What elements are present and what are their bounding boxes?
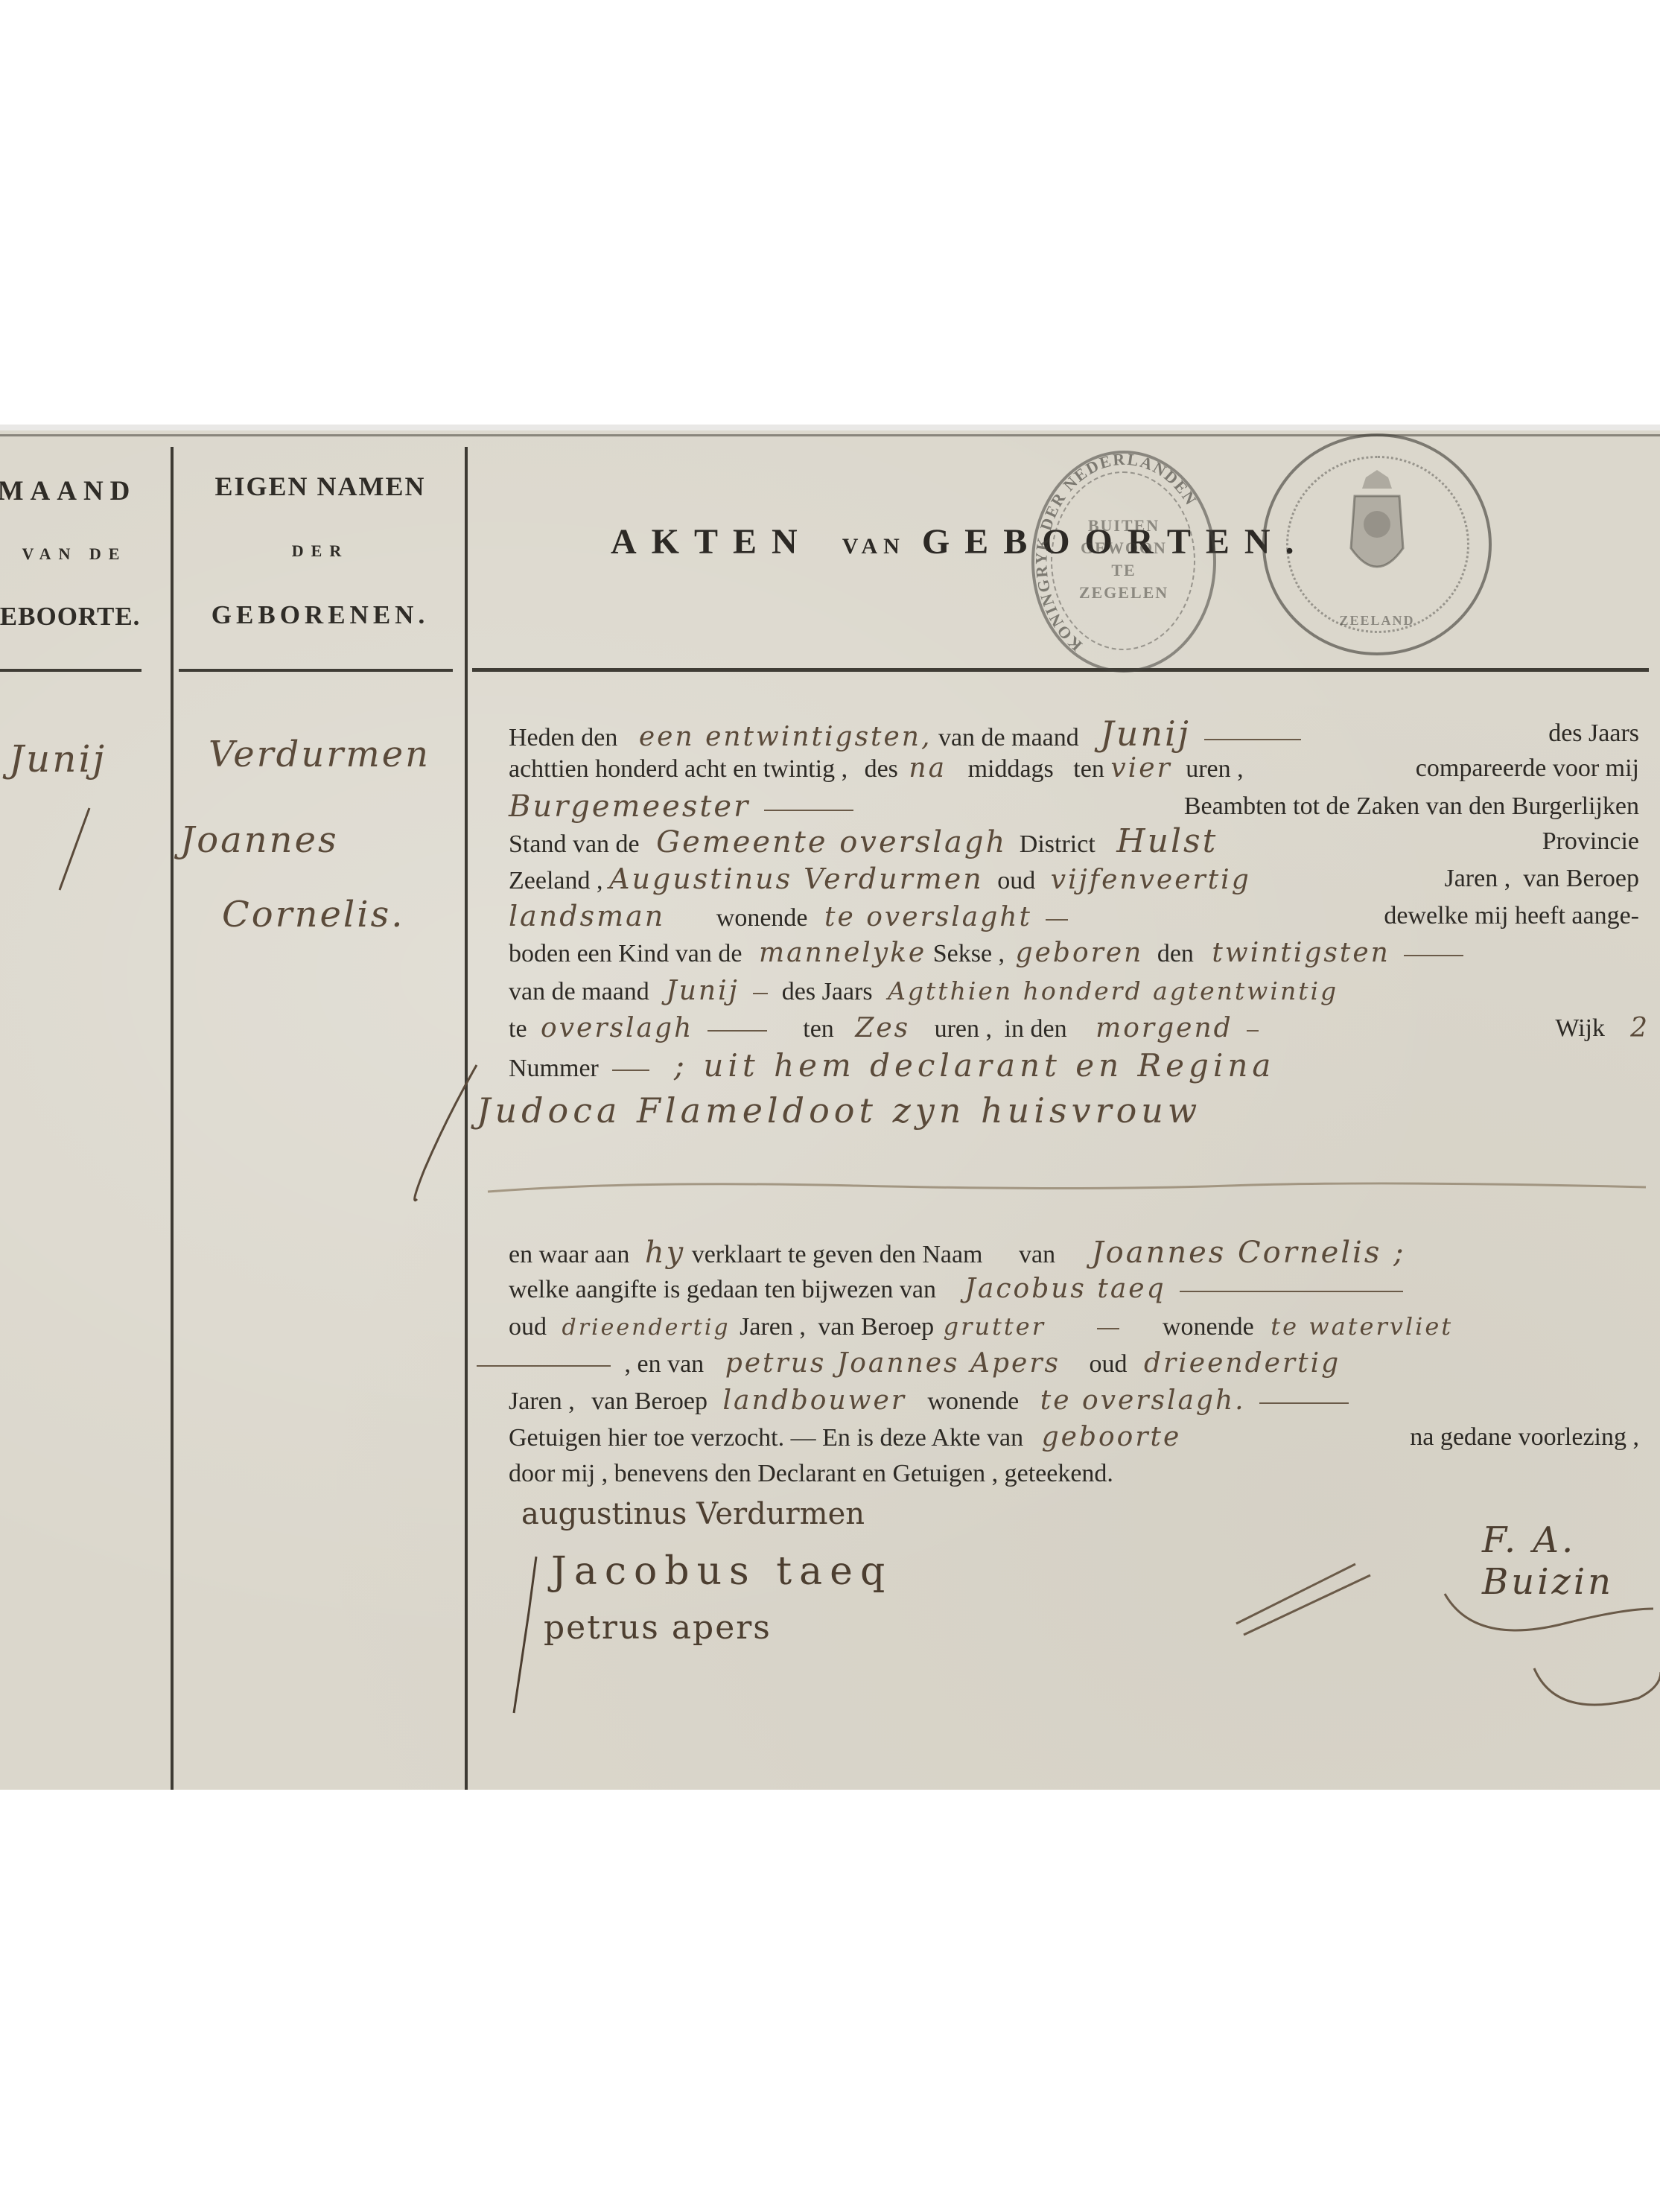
names-column-header: EIGEN NAMEN [179, 471, 462, 502]
text: oud [997, 867, 1035, 894]
handwritten-ward: 2 [1630, 1010, 1650, 1047]
parents-flourish [402, 1058, 492, 1225]
text: wonende [927, 1388, 1019, 1415]
text: Jaren , [509, 1388, 575, 1415]
text: des Jaars [1548, 715, 1639, 752]
text: te [509, 1015, 527, 1043]
text: van Beroep [818, 1313, 934, 1341]
stamp-line-2: GEWOON [1034, 537, 1213, 559]
handwritten-birth-day: twintigsten [1212, 938, 1390, 968]
text: ten [803, 1015, 834, 1043]
text: Beambten tot de Zaken van den Burgerlijk… [1184, 788, 1639, 825]
names-header-line1: EIGEN NAMEN [179, 471, 462, 502]
title-part-akten: AKTEN [611, 522, 812, 562]
body-line-4: Stand van de Gemeente overslagh District… [509, 823, 1650, 860]
body-line-14: oud drieendertig Jaren , van Beroep grut… [509, 1308, 1650, 1345]
fill-line [1097, 1328, 1119, 1329]
body-line-12: en waar aan hy verklaart te geven den Na… [509, 1234, 1650, 1271]
handwritten-witness-1-occupation: grutter [944, 1312, 1046, 1341]
text: District [1020, 830, 1095, 858]
handwritten-parents-line-2: Judoca Flameldoot zyn huisvrouw [477, 1090, 1201, 1131]
birth-month-entry: Junij [9, 737, 106, 781]
body-line-15: , en van petrus Joannes Apers oud drieen… [477, 1345, 1618, 1382]
body-line-13: welke aangifte is gedaan ten bijwezen va… [509, 1271, 1650, 1308]
body-line-5: Zeeland , Augustinus Verdurmen oud vijfe… [509, 860, 1650, 897]
handwritten-witness-1-residence: te watervliet [1271, 1312, 1453, 1341]
body-line-8: van de maand Junij des Jaars Agtthien ho… [509, 973, 1650, 1010]
handwritten-official-title: Burgemeester [509, 789, 750, 824]
fill-line [1259, 1402, 1349, 1404]
text: van [1019, 1241, 1055, 1268]
body-line-10: Nummer ; uit hem declarant en Regina [509, 1047, 1650, 1084]
handwritten-declarant-pronoun: hy [645, 1236, 685, 1270]
handwritten-hour: vier [1110, 753, 1171, 784]
names-header-line3: GEBORENEN. [179, 600, 462, 630]
text: Sekse , [933, 940, 1005, 967]
body-line-1: Heden den een entwintigsten, van de maan… [509, 715, 1650, 752]
text: van Beroep [591, 1388, 707, 1415]
month-column-header: MAAND [0, 475, 164, 507]
title-part-van: VAN [842, 534, 906, 559]
text: achttien honderd acht en twintig , [509, 755, 848, 783]
names-header-line2: DER [179, 541, 462, 561]
handwritten-witness-1-name: Jacobus taeq [964, 1274, 1166, 1304]
text: middags [968, 755, 1054, 783]
handwritten-declarant-occupation: landsman [509, 900, 665, 932]
column-divider-1 [171, 447, 174, 1790]
stamp-center-text: BUITEN GEWOON TE ZEGELEN [1034, 515, 1213, 604]
stamp-line-4: ZEGELEN [1034, 582, 1213, 604]
handwritten-born: geboren [1016, 938, 1144, 968]
text: boden een Kind van de [509, 940, 742, 967]
fill-line [1404, 955, 1463, 956]
month-header-line2-wrap: VAN DE [0, 544, 171, 564]
text-right-group: Jaren , van Beroep [1444, 860, 1639, 897]
text: wonende [1163, 1313, 1254, 1341]
header-rule-names [179, 669, 453, 672]
text: Zeeland , [509, 867, 603, 894]
body-line-9: te overslagh ten Zes uren , in den morge… [509, 1010, 1650, 1047]
text: den [1157, 940, 1194, 967]
body-line-6: landsman wonende te overslaght dewelke m… [509, 897, 1650, 935]
surname-entry: Verdurmen [209, 734, 430, 775]
fill-line [753, 993, 768, 994]
header-rule-month [0, 669, 141, 672]
text: compareerde voor mij [1416, 750, 1639, 787]
signature-witness-2: petrus apers [544, 1609, 772, 1647]
text: Jaren , [1444, 865, 1510, 892]
tax-stamp-kingdom: KONINGRYK DER NEDERLANDEN BUITEN GEWOON … [1031, 451, 1216, 673]
text: dewelke mij heeft aange- [1384, 897, 1639, 935]
fill-line [707, 1030, 767, 1032]
month-header-line2: VAN DE [0, 544, 171, 564]
fill-line [1204, 739, 1301, 740]
text: door mij , benevens den Declarant en Get… [509, 1460, 1113, 1487]
text: en waar aan [509, 1241, 629, 1268]
fill-stroke [484, 1177, 1653, 1203]
text: Getuigen hier toe verzocht. — En is deze… [509, 1424, 1023, 1452]
body-line-7: boden een Kind van de mannelyke Sekse , … [509, 935, 1650, 972]
text: uren , [1186, 755, 1243, 783]
handwritten-child-name: Joannes Cornelis ; [1092, 1236, 1406, 1270]
text: na gedane voorlezing , [1410, 1419, 1639, 1456]
fill-line [477, 1365, 611, 1367]
given-name-1-entry: Joannes [180, 819, 339, 861]
text: Jaren , [740, 1313, 806, 1341]
text: Nummer [509, 1055, 599, 1082]
signature-declarant: augustinus Verdurmen [521, 1497, 865, 1531]
handwritten-sex: mannelyke [759, 938, 926, 968]
handwritten-month: Junij [1100, 714, 1191, 754]
handwritten-witness-1-age: drieendertig [562, 1315, 731, 1341]
text: oud [509, 1313, 547, 1341]
seal-ring-text: ZEELAND [1265, 609, 1489, 632]
text: verklaart te geven den Naam [692, 1241, 983, 1268]
handwritten-witness-2-occupation: landbouwer [723, 1385, 906, 1416]
handwritten-birth-place: overslagh [541, 1013, 693, 1043]
text: des Jaars [782, 978, 873, 1005]
text: des [865, 755, 898, 783]
text: , en van [625, 1350, 705, 1378]
text: Provincie [1542, 823, 1639, 860]
text: oud [1090, 1350, 1128, 1378]
handwritten-witness-2-residence: te overslagh. [1040, 1385, 1246, 1416]
month-header-line1: MAAND [0, 475, 164, 507]
body-line-3: Burgemeester Beambten tot de Zaken van d… [509, 788, 1650, 825]
handwritten-birth-year: Agtthien honderd agtentwintig [888, 976, 1338, 1005]
body-line-16: Jaren , van Beroep landbouwer wonende te… [509, 1382, 1650, 1420]
official-signature-flourish [1221, 1512, 1660, 1739]
body-line-2: achttien honderd acht en twintig , des n… [509, 750, 1650, 787]
handwritten-witness-2-name: petrus Joannes Apers [725, 1348, 1060, 1379]
text: Heden den [509, 724, 617, 751]
names-header-line2-wrap: DER [179, 541, 462, 561]
handwritten-witness-2-age: drieendertig [1144, 1348, 1341, 1379]
handwritten-district: Hulst [1116, 822, 1218, 860]
month-header-line3: GEBOORTE. [0, 602, 171, 632]
handwritten-declarant-residence: te overslaght [824, 902, 1032, 932]
handwritten-birth-month: Junij [666, 976, 739, 1006]
fill-line [1180, 1291, 1403, 1292]
text: ten [1073, 755, 1104, 783]
fill-line [764, 810, 853, 811]
month-header-line3-wrap: GEBOORTE. [0, 602, 171, 632]
seal-stamp-zeeland: ZEELAND [1262, 433, 1492, 655]
text: van de maand [938, 724, 1079, 751]
handwritten-declarant-name: Augustinus Verdurmen [609, 862, 984, 895]
given-name-2-entry: Cornelis. [222, 894, 404, 935]
text: in den [1005, 1015, 1067, 1043]
text: wonende [716, 904, 808, 932]
handwritten-municipality: Gemeente overslagh [656, 825, 1007, 859]
signature-witness-1: Jacobus taeq [551, 1549, 892, 1594]
text: Wijk [1555, 1010, 1605, 1047]
handwritten-time-of-day: morgend [1095, 1013, 1233, 1043]
handwritten-act-type: geboorte [1042, 1422, 1182, 1452]
handwritten-ante-post: na [909, 753, 947, 784]
text: Stand van de [509, 830, 640, 858]
text: van de maand [509, 978, 649, 1005]
names-header-line3-wrap: GEBORENEN. [179, 600, 462, 630]
body-line-17: Getuigen hier toe verzocht. — En is deze… [509, 1419, 1650, 1456]
body-line-18: door mij , benevens den Declarant en Get… [509, 1455, 1650, 1493]
handwritten-declarant-age: vijfenveertig [1051, 865, 1251, 895]
text: van Beroep [1523, 865, 1639, 892]
month-flourish [52, 804, 97, 897]
handwritten-parents-line-1: ; uit hem declarant en Regina [674, 1047, 1276, 1084]
fill-line [1046, 919, 1068, 921]
fill-line [612, 1070, 649, 1071]
handwritten-day: een entwintigsten, [639, 722, 932, 752]
body-line-11: Judoca Flameldoot zyn huisvrouw [477, 1092, 1618, 1129]
text: welke aangifte is gedaan ten bijwezen va… [509, 1276, 936, 1303]
text: uren , [935, 1015, 992, 1043]
fill-line [1247, 1030, 1259, 1032]
handwritten-birth-hour: Zes [855, 1013, 910, 1043]
stamp-line-3: TE [1034, 559, 1213, 582]
stamp-line-1: BUITEN [1034, 515, 1213, 537]
signature-bracket [506, 1553, 551, 1720]
